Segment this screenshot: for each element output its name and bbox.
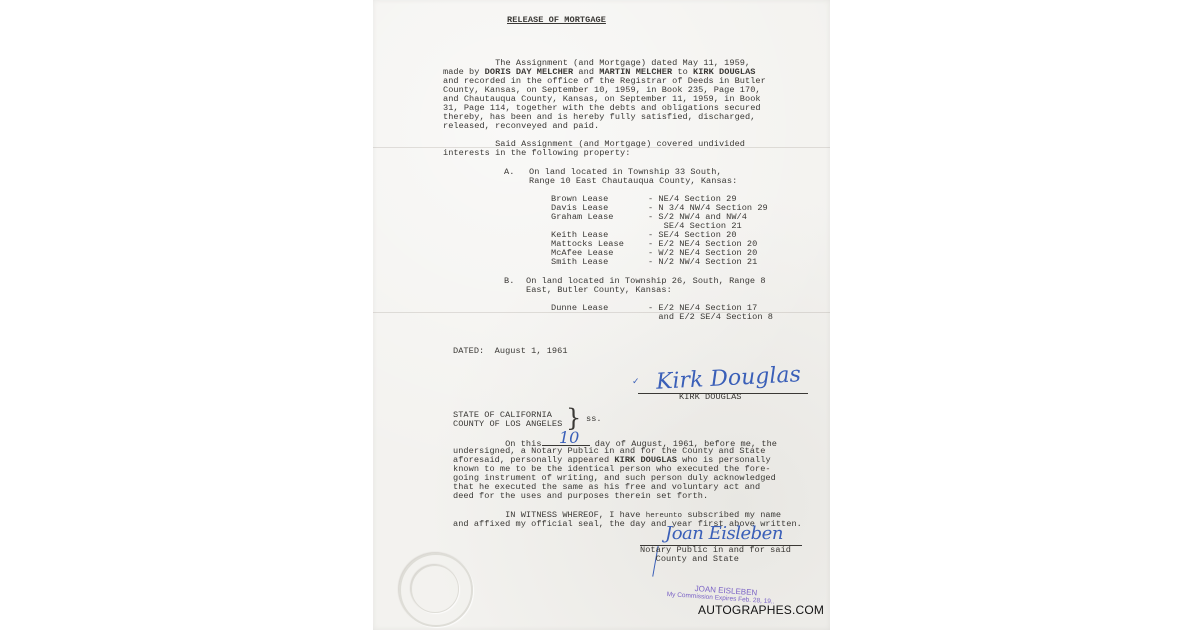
text-line: East, Butler County, Kansas: — [526, 286, 672, 295]
text-line: released, reconveyed and paid. — [443, 122, 599, 131]
text-line: deed for the uses and purposes therein s… — [453, 492, 708, 501]
text-line: interests in the following property: — [443, 149, 630, 158]
text-line: Range 10 East Chautauqua County, Kansas: — [529, 177, 737, 186]
section-label: A. — [504, 168, 514, 177]
ss-label: ss. — [586, 415, 602, 424]
signature-kirk-douglas: Kirk Douglas — [655, 362, 801, 395]
handwritten-day: 10 — [559, 428, 579, 447]
section-label: B. — [504, 277, 514, 286]
notary-title-line: County and State — [640, 555, 739, 564]
lease-name: Smith Lease — [551, 258, 608, 267]
lease-description: - N/2 NW/4 Section 21 — [648, 258, 757, 267]
signer-name: KIRK DOUGLAS — [679, 393, 742, 402]
lease-name: Dunne Lease — [551, 304, 608, 313]
checkmark-icon: ✓ — [632, 377, 640, 387]
county-line: COUNTY OF LOS ANGELES — [453, 420, 562, 429]
dated-line: DATED: August 1, 1961 — [453, 347, 568, 356]
lease-description: and E/2 SE/4 Section 8 — [648, 313, 773, 322]
signature-notary: Joan Eisleben — [665, 523, 783, 544]
document-page: RELEASE OF MORTGAGE The Assignment (and … — [373, 0, 830, 630]
document-title: RELEASE OF MORTGAGE — [507, 16, 606, 25]
watermark: AUTOGRAPHES.COM — [698, 603, 824, 617]
lease-name: Graham Lease — [551, 213, 614, 222]
seal-inner-ring — [411, 565, 459, 613]
embossed-notary-seal — [399, 553, 473, 627]
